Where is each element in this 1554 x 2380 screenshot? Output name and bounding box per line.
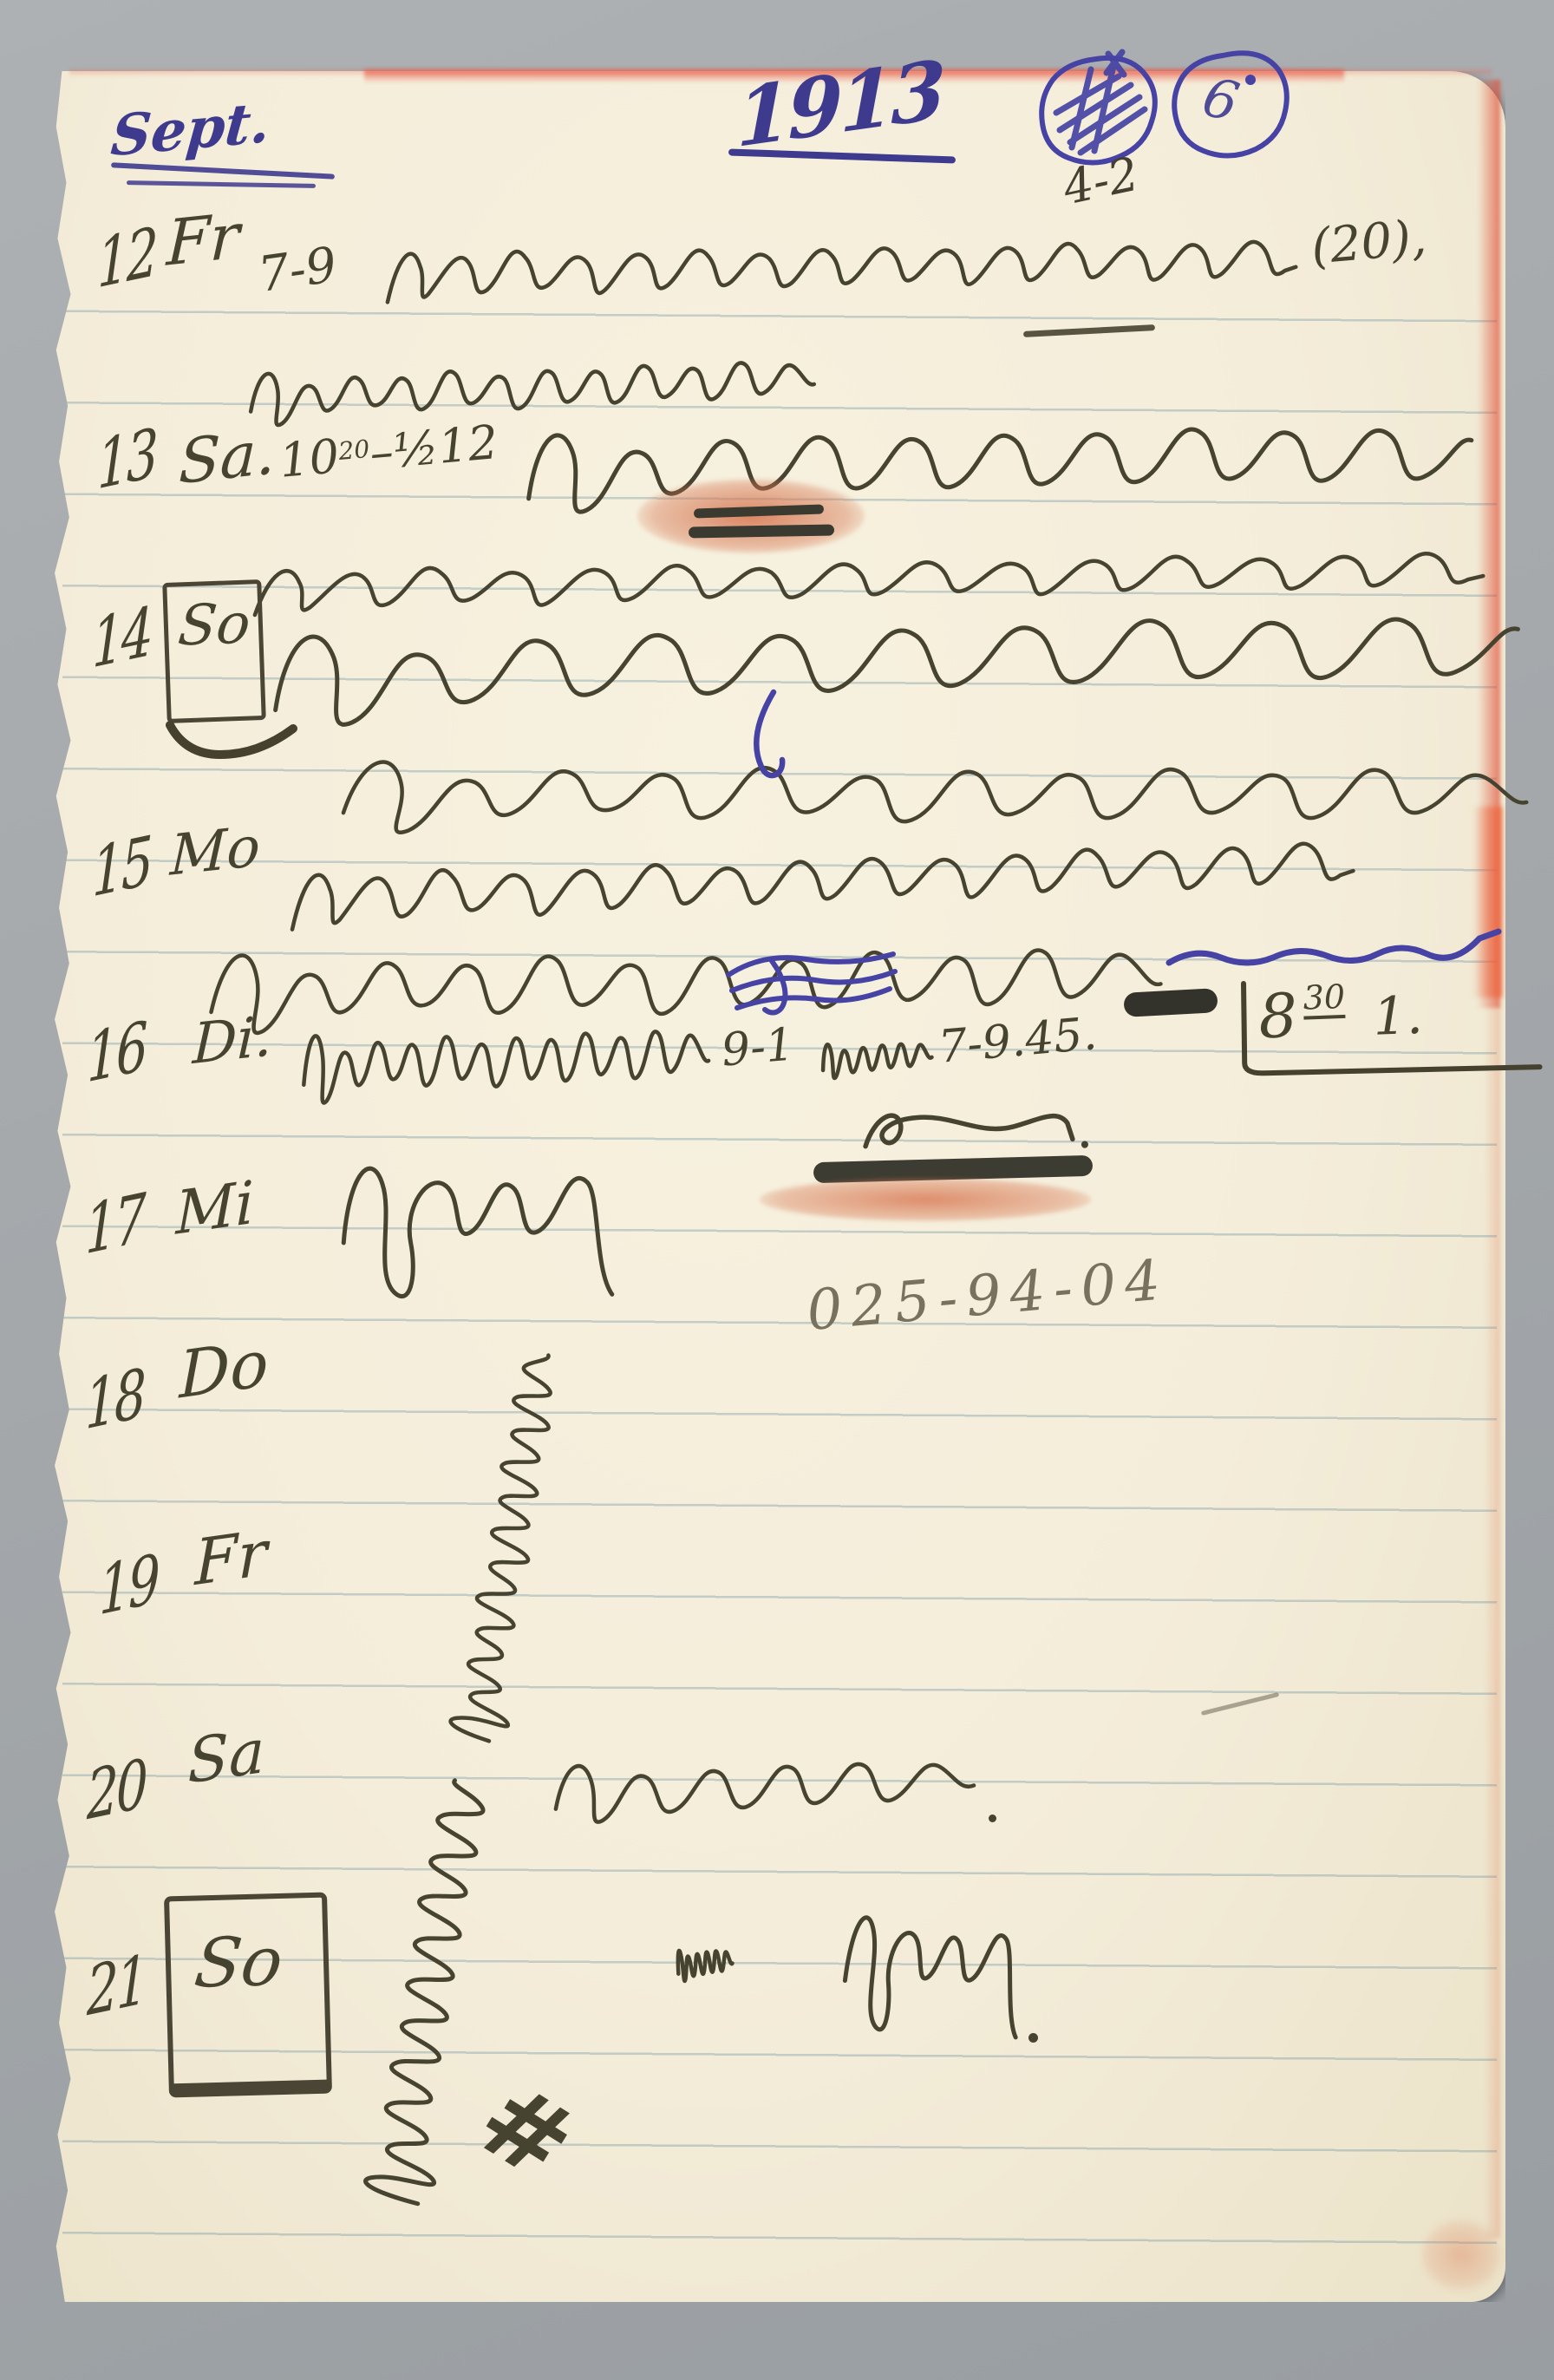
entry-13-day: 13 bbox=[97, 420, 156, 500]
red-crayon-highlight bbox=[760, 1178, 1091, 1221]
entry-16-time-b: 7-9.45. bbox=[937, 1011, 1099, 1070]
sunday-box: So bbox=[162, 579, 266, 723]
ditto-mark bbox=[673, 1926, 737, 1997]
entry-12-trailing-note: (20), bbox=[1309, 213, 1428, 271]
shorthand-line bbox=[546, 1716, 989, 1854]
entry-13-time-rest: –½12 bbox=[368, 415, 500, 481]
boxed-time-hour: 8 bbox=[1257, 985, 1298, 1048]
entry-13-time-min: 20 bbox=[337, 435, 370, 466]
entry-15-weekday: Mo bbox=[169, 819, 261, 884]
shorthand-line bbox=[297, 991, 715, 1147]
boxed-time: 8 30 1. bbox=[1231, 964, 1554, 1097]
entry-17-weekday: Mi bbox=[175, 1174, 253, 1244]
stamp-obliterated-scribble-icon bbox=[1034, 50, 1165, 170]
entry-16-weekday: Di. bbox=[192, 1009, 273, 1073]
entry-16-day: 16 bbox=[87, 1013, 146, 1093]
entry-18-weekday: Do bbox=[180, 1331, 269, 1408]
shorthand-line bbox=[818, 1016, 937, 1096]
entry-21-day: 21 bbox=[87, 1946, 146, 2026]
period-dot bbox=[989, 1814, 996, 1822]
black-ink-blob bbox=[1123, 988, 1218, 1017]
shorthand-line bbox=[832, 1888, 1032, 2059]
entry-14-weekday: So bbox=[176, 596, 253, 654]
entry-15-day: 15 bbox=[92, 827, 151, 907]
month-label: Sept. bbox=[109, 95, 272, 166]
entry-17-day: 17 bbox=[85, 1185, 144, 1265]
entry-14-day: 14 bbox=[92, 598, 151, 678]
entry-19-weekday: Fr bbox=[194, 1521, 267, 1594]
boxed-time-suffix: 1. bbox=[1372, 990, 1423, 1043]
blue-crossout-scribble bbox=[720, 935, 904, 1023]
stamp-circled-6: 6 bbox=[1167, 47, 1290, 161]
entry-20-weekday: Sa bbox=[187, 1720, 264, 1792]
entry-20-day: 20 bbox=[87, 1750, 146, 1830]
shorthand-line bbox=[331, 1136, 623, 1318]
entry-12-time: 7-9 bbox=[256, 241, 340, 300]
period-dot bbox=[1028, 2033, 1038, 2043]
shorthand-line bbox=[379, 206, 1304, 354]
entry-19-day: 19 bbox=[99, 1546, 158, 1625]
entry-12-day: 12 bbox=[97, 219, 156, 298]
entry-18-day: 18 bbox=[85, 1360, 144, 1440]
blue-ink-glyph bbox=[737, 685, 794, 782]
entry-13-time-hour: 10 bbox=[277, 428, 342, 488]
scanned-notebook-page: Sept. 1913 6 4-2 12 Fr 7-9 (20), 13 Sa. … bbox=[0, 0, 1554, 2380]
entry-12-weekday: Fr bbox=[166, 204, 240, 274]
sunday-box: So bbox=[164, 1893, 332, 2098]
entry-21-weekday: So bbox=[192, 1928, 286, 1998]
entry-16-time-a: 9-1 bbox=[720, 1022, 796, 1073]
entry-13-weekday: Sa. bbox=[178, 422, 277, 493]
shorthand-flourish bbox=[848, 1100, 1105, 1157]
boxed-time-minutes: 30 bbox=[1303, 980, 1346, 1020]
